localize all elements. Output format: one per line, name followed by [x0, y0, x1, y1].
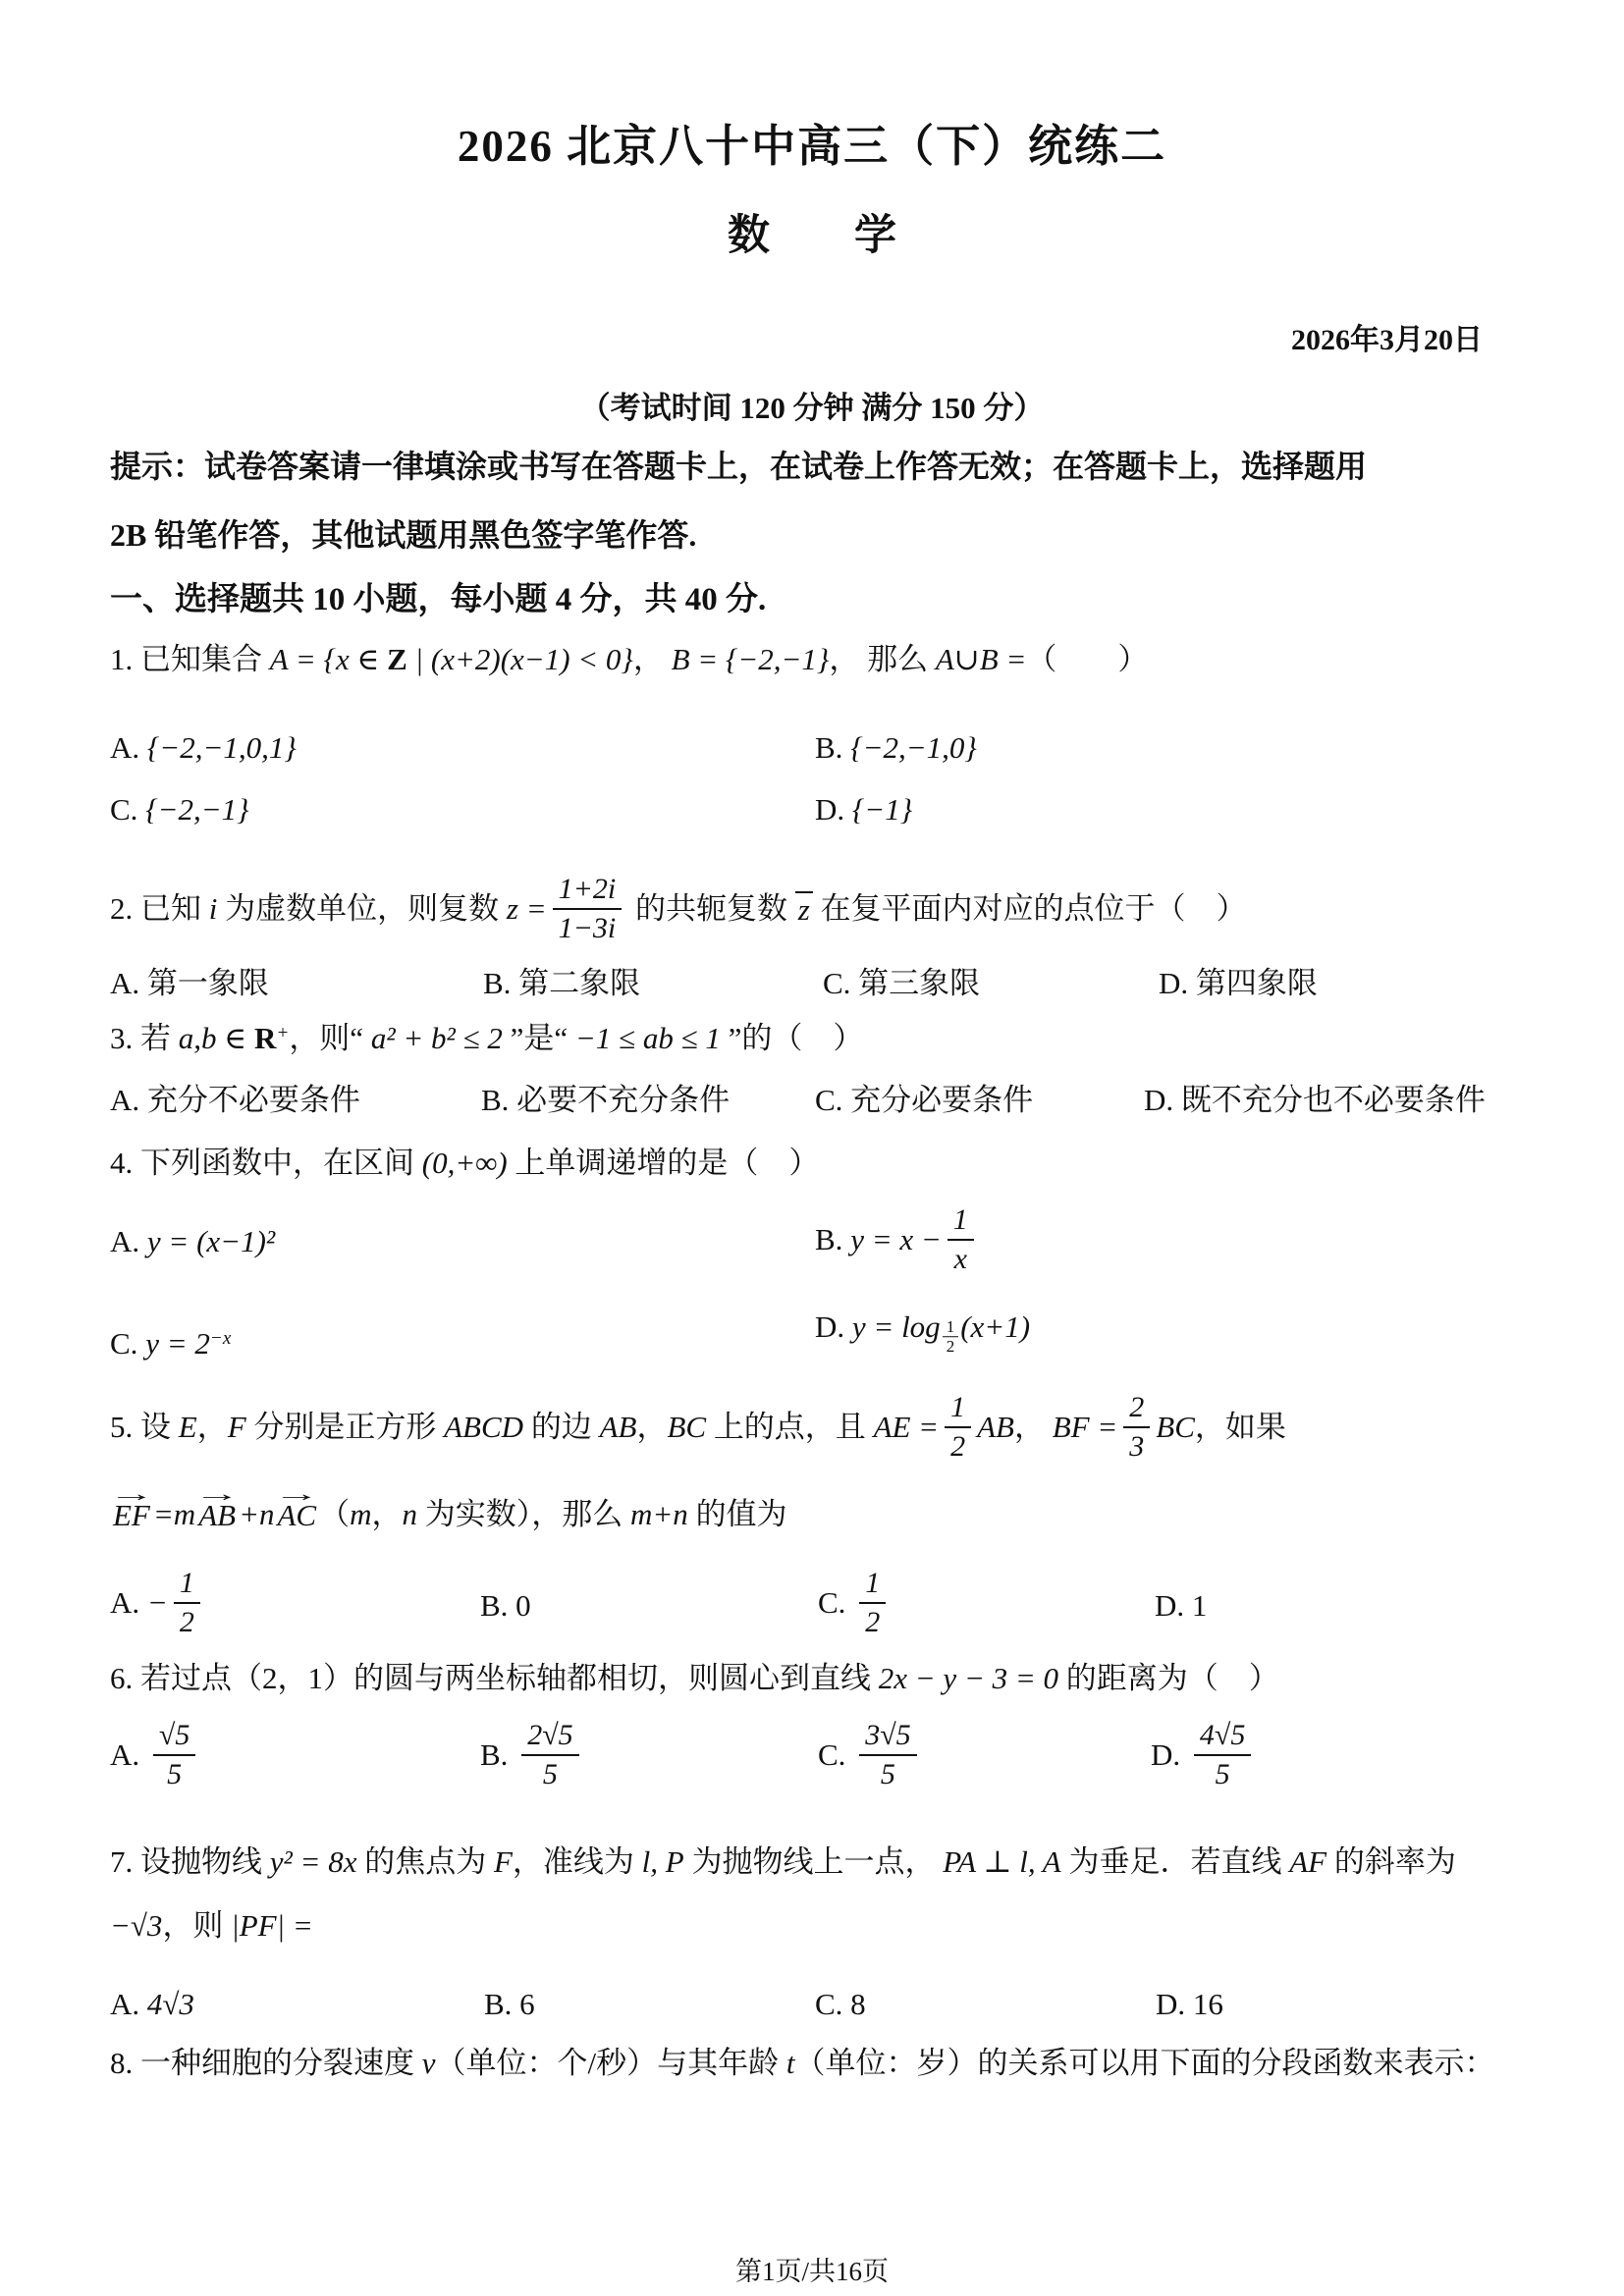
math-fraction: 12 — [174, 1566, 200, 1640]
question-1-option-b: B. {−2,−1,0} — [815, 726, 977, 771]
question-7-option-a: A. 4√3 — [110, 1983, 194, 2027]
text-run: 分别是正方形 — [246, 1406, 445, 1450]
text-run: ， — [633, 638, 672, 682]
text-run: 的距离为（ ） — [1058, 1657, 1279, 1701]
text-run: 上单调递增的是（ ） — [508, 1142, 820, 1186]
text-run: A. — [110, 726, 147, 771]
math-run: −√3 — [110, 1904, 162, 1949]
text-run: 的焦点为 — [356, 1841, 494, 1885]
vector-term: →EF — [113, 1492, 150, 1538]
math-run: F — [228, 1406, 246, 1450]
math-run: a,b ∈ — [179, 1017, 254, 1061]
question-3-option-c: C. 充分必要条件 — [815, 1079, 1033, 1123]
question-7-option-c: C. 8 — [815, 1983, 866, 2027]
text-run: ， — [197, 1406, 228, 1450]
question-4-option-b: B. y = x −1x — [815, 1202, 980, 1277]
text-run: ，如果 — [1195, 1406, 1286, 1450]
math-fraction: 2√55 — [521, 1718, 578, 1792]
text-run: D. — [815, 1306, 852, 1350]
math-run: +n — [239, 1493, 274, 1537]
math-fraction: 1x — [947, 1202, 974, 1277]
math-fraction: 3√55 — [859, 1718, 916, 1792]
conjugate-term: z — [795, 891, 813, 927]
text-run: 在复平面内对应的点位于（ ） — [813, 887, 1247, 932]
math-fraction: 4√55 — [1194, 1718, 1251, 1792]
text-run: B. — [815, 1218, 850, 1262]
text-run: C. 充分必要条件 — [815, 1079, 1033, 1123]
superscript-run: + — [276, 1020, 289, 1047]
math-run: y = (x−1)² — [147, 1220, 275, 1264]
text-run: D. — [815, 788, 852, 832]
text-run: D. 第四象限 — [1159, 962, 1318, 1006]
text-run: A. 第一象限 — [110, 962, 269, 1006]
question-7-stem-line-1: 7. 设抛物线 y² = 8x 的焦点为 F，准线为 l, P 为抛物线上一点，… — [110, 1841, 1456, 1885]
question-5-option-c: C. 12 — [818, 1566, 892, 1640]
math-run: − — [147, 1581, 168, 1626]
text-run: ”的（ ） — [721, 1017, 864, 1061]
text-run: 的共轭复数 — [627, 887, 795, 932]
question-6-stem: 6. 若过点（2，1）的圆与两坐标轴都相切，则圆心到直线 2x − y − 3 … — [110, 1657, 1279, 1701]
math-run: i — [209, 887, 218, 932]
math-run: AB — [977, 1406, 1014, 1450]
text-run: A. — [110, 1983, 147, 2027]
math-run: PA ⊥ l, A — [943, 1841, 1060, 1885]
math-run: l, P — [642, 1841, 684, 1885]
question-7-option-d: D. 16 — [1156, 1983, 1223, 2027]
question-5-option-a: A. −12 — [110, 1566, 206, 1640]
page-number: 第1页/共16页 — [0, 2250, 1624, 2288]
text-run: 4. 下列函数中，在区间 — [110, 1142, 422, 1186]
question-1-stem: 1. 已知集合 A = {x ∈ Z | (x+2)(x−1) < 0}， B … — [110, 638, 1148, 682]
math-run: A∪B = — [936, 638, 1027, 682]
question-4-option-a: A. y = (x−1)² — [110, 1220, 275, 1264]
math-run: F — [494, 1841, 513, 1885]
text-run: ， 那么 — [829, 638, 936, 682]
math-run: | (x+2)(x−1) < 0} — [407, 638, 633, 682]
text-run: C. — [818, 1734, 853, 1778]
math-fraction: 12 — [859, 1566, 886, 1640]
math-run: t — [786, 2042, 795, 2086]
text-run: A. 充分不必要条件 — [110, 1079, 360, 1123]
text-run: 为虚数单位，则复数 — [217, 887, 507, 932]
math-run: AB — [600, 1406, 637, 1450]
text-run: ，准线为 — [513, 1841, 642, 1885]
text-run: 8. 一种细胞的分裂速度 — [110, 2042, 422, 2086]
text-run: 5. 设 — [110, 1406, 179, 1450]
subscript-fraction: 12 — [943, 1317, 959, 1357]
text-run: D. 既不充分也不必要条件 — [1144, 1079, 1486, 1123]
question-5-option-d: D. 1 — [1155, 1584, 1207, 1629]
text-run: B. — [480, 1734, 515, 1778]
text-run: （单位：个/秒）与其年龄 — [436, 2042, 786, 2086]
math-run: (0,+∞) — [422, 1142, 508, 1186]
section-1-title: 一、选择题共 10 小题，每小题 4 分，共 40 分. — [110, 573, 766, 619]
math-fraction: 23 — [1123, 1390, 1150, 1465]
question-7-stem-line-2: −√3，则 |PF| = — [110, 1904, 313, 1949]
question-3-option-a: A. 充分不必要条件 — [110, 1079, 360, 1123]
text-run: ， — [636, 1406, 667, 1450]
text-run: 为实数），那么 — [417, 1493, 630, 1537]
text-run: B. 必要不充分条件 — [481, 1079, 730, 1123]
question-4-stem: 4. 下列函数中，在区间 (0,+∞) 上单调递增的是（ ） — [110, 1142, 819, 1186]
text-run: 为垂足．若直线 — [1061, 1841, 1290, 1885]
text-run: B. 第二象限 — [483, 962, 640, 1006]
math-run: −1 ≤ ab ≤ 1 — [575, 1017, 721, 1061]
notice-line-2: 2B 铅笔作答，其他试题用黑色签字笔作答. — [110, 510, 1524, 556]
question-2-option-a: A. 第一象限 — [110, 962, 269, 1006]
math-run: y = 2 — [145, 1322, 210, 1366]
question-2-stem: 2. 已知 i 为虚数单位，则复数 z =1+2i1−3i 的共轭复数 z 在复… — [110, 872, 1247, 946]
math-run: n — [403, 1493, 418, 1537]
question-2-option-d: D. 第四象限 — [1159, 962, 1318, 1006]
text-run: D. — [1151, 1734, 1188, 1778]
text-run: 2. 已知 — [110, 887, 209, 932]
vector-term: →AB — [198, 1492, 236, 1538]
text-run: 为抛物线上一点， — [684, 1841, 944, 1885]
text-run: 1. 已知集合 — [110, 638, 270, 682]
notice-line-1: 提示：试卷答案请一律填涂或书写在答题卡上，在试卷上作答无效；在答题卡上，选择题用 — [110, 442, 1524, 487]
vector-term: →AC — [277, 1492, 316, 1538]
question-8-stem: 8. 一种细胞的分裂速度 v（单位：个/秒）与其年龄 t（单位：岁）的关系可以用… — [110, 2042, 1495, 2086]
question-4-option-c: C. y = 2−x — [110, 1322, 231, 1366]
text-run: B. 6 — [484, 1983, 535, 2027]
text-run: ”是“ — [503, 1017, 575, 1061]
question-2-option-c: C. 第三象限 — [823, 962, 980, 1006]
math-run: BC — [667, 1406, 706, 1450]
math-run: z = — [507, 887, 547, 932]
exam-title: 2026 北京八十中高三（下）统练二 — [0, 110, 1624, 174]
text-run: A. — [110, 1734, 147, 1778]
math-run: y = log — [852, 1306, 941, 1350]
math-run: =m — [153, 1493, 195, 1537]
math-run: m — [350, 1493, 371, 1537]
text-run: D. 16 — [1156, 1983, 1223, 2027]
subject-title: 数 学 — [0, 202, 1624, 262]
math-run: BC — [1156, 1406, 1195, 1450]
bold-math-run: Z — [387, 638, 407, 682]
math-run: {−2,−1} — [145, 788, 248, 832]
text-run: D. 1 — [1155, 1584, 1207, 1629]
question-6-option-b: B. 2√55 — [480, 1718, 585, 1792]
question-2-option-b: B. 第二象限 — [483, 962, 640, 1006]
text-run: C. — [818, 1581, 853, 1626]
math-run: AE = — [874, 1406, 940, 1450]
math-run: a² + b² ≤ 2 — [371, 1017, 503, 1061]
question-6-option-c: C. 3√55 — [818, 1718, 923, 1792]
text-run: C. 8 — [815, 1983, 866, 2027]
text-run: ，则 — [162, 1904, 231, 1949]
math-run: {−2,−1,0} — [850, 726, 977, 771]
exam-duration-info: （考试时间 120 分钟 满分 150 分） — [0, 383, 1624, 427]
math-run: {−2,−1,0,1} — [147, 726, 297, 771]
text-run: C. — [110, 788, 145, 832]
question-7-option-b: B. 6 — [484, 1983, 535, 2027]
math-fraction: 12 — [945, 1390, 971, 1465]
text-run: A. — [110, 1220, 147, 1264]
math-run: y = x − — [850, 1218, 942, 1262]
math-run: {−1} — [852, 788, 912, 832]
math-run: v — [422, 2042, 436, 2086]
vector-arrow-icon: → — [109, 1478, 155, 1510]
exam-date: 2026年3月20日 — [1291, 315, 1483, 358]
math-run: 4√3 — [147, 1983, 194, 2027]
text-run: B. 0 — [480, 1584, 531, 1629]
math-fraction: 1+2i1−3i — [553, 872, 623, 946]
question-6-option-d: D. 4√55 — [1151, 1718, 1257, 1792]
math-run: 2x − y − 3 = 0 — [879, 1657, 1058, 1701]
text-run: 的斜率为 — [1326, 1841, 1456, 1885]
math-run: B = {−2,−1} — [672, 638, 830, 682]
text-run: C. — [110, 1322, 145, 1366]
math-run: m+n — [630, 1493, 688, 1537]
text-run: 6. 若过点（2，1）的圆与两坐标轴都相切，则圆心到直线 — [110, 1657, 879, 1701]
math-run: ABCD — [444, 1406, 523, 1450]
text-run: 的边 — [523, 1406, 600, 1450]
math-run: E — [179, 1406, 197, 1450]
text-run: ， — [1014, 1406, 1053, 1450]
math-run: y² = 8x — [270, 1841, 357, 1885]
text-run: （单位：岁）的关系可以用下面的分段函数来表示： — [795, 2042, 1495, 2086]
math-run: A = {x ∈ — [270, 638, 387, 682]
question-3-option-d: D. 既不充分也不必要条件 — [1144, 1079, 1486, 1123]
math-run: AF — [1289, 1841, 1326, 1885]
math-run: (x+1) — [960, 1306, 1030, 1350]
text-run: 的值为 — [688, 1493, 787, 1537]
text-run: ， — [372, 1493, 403, 1537]
text-run: （ — [319, 1493, 350, 1537]
question-5-option-b: B. 0 — [480, 1584, 531, 1629]
vector-arrow-icon: → — [194, 1478, 241, 1510]
question-1-option-c: C. {−2,−1} — [110, 788, 249, 832]
math-run: |PF| = — [231, 1904, 313, 1949]
text-run: 7. 设抛物线 — [110, 1841, 270, 1885]
question-1-option-a: A. {−2,−1,0,1} — [110, 726, 297, 771]
text-run: （ ） — [1026, 638, 1148, 682]
question-5-stem-line-2: →EF=m→AB+n→AC（m，n 为实数），那么 m+n 的值为 — [110, 1492, 787, 1538]
question-5-stem-line-1: 5. 设 E，F 分别是正方形 ABCD 的边 AB，BC 上的点，且 AE =… — [110, 1390, 1286, 1465]
question-4-option-d: D. y = log12(x+1) — [815, 1306, 1030, 1350]
text-run: 上的点，且 — [706, 1406, 874, 1450]
text-run: ，则“ — [289, 1017, 371, 1061]
superscript-run: −x — [210, 1325, 231, 1353]
text-run: A. — [110, 1581, 147, 1626]
math-fraction: √55 — [153, 1718, 195, 1792]
text-run: 3. 若 — [110, 1017, 179, 1061]
text-run: B. — [815, 726, 850, 771]
vector-arrow-icon: → — [274, 1478, 320, 1510]
math-run: BF = — [1053, 1406, 1118, 1450]
exam-page: 2026 北京八十中高三（下）统练二 数 学 2026年3月20日 （考试时间 … — [0, 0, 1624, 2296]
question-3-stem: 3. 若 a,b ∈ R+，则“ a² + b² ≤ 2 ”是“ −1 ≤ ab… — [110, 1017, 863, 1061]
question-6-option-a: A. √55 — [110, 1718, 201, 1792]
question-3-option-b: B. 必要不充分条件 — [481, 1079, 730, 1123]
question-1-option-d: D. {−1} — [815, 788, 912, 832]
text-run: C. 第三象限 — [823, 962, 980, 1006]
bold-math-run: R — [254, 1017, 276, 1061]
